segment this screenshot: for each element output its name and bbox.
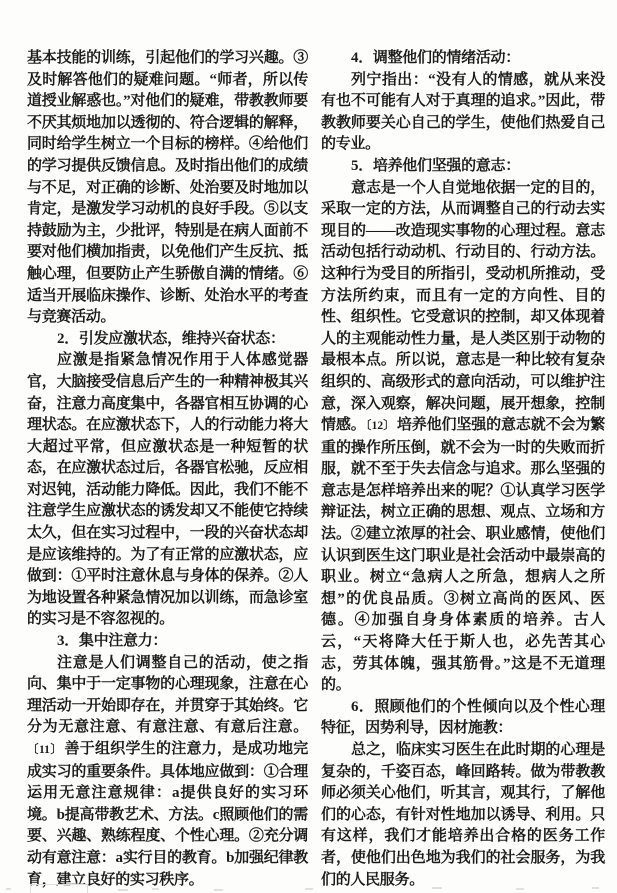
body-paragraph: 意志是一个人自觉地依据一定的目的，采取一定的方法，从而调整自己的行动去实现目的—… bbox=[321, 178, 605, 697]
reference-marker-11: 〔11〕 bbox=[27, 744, 65, 756]
left-column: 基本技能的训练，引起他们的学习兴趣。③及时解答他们的疑难问题。“师者，所以传道授… bbox=[27, 48, 308, 891]
section-heading-3: 3．集中注意力： bbox=[27, 631, 308, 653]
right-column: 4．调整他们的情绪活动： 列宁指出：“没有人的情感，就从来没有也不可能有人对于真… bbox=[321, 48, 605, 891]
scan-artifact bbox=[305, 888, 313, 890]
scan-artifact bbox=[516, 888, 524, 890]
section-heading-5: 5．培养他们坚强的意志： bbox=[321, 156, 605, 178]
scan-artifact bbox=[214, 889, 223, 891]
body-paragraph: 总之，临床实习医生在此时期的心理是复杂的，千姿百态，峰回路转。做为带教教师必须关… bbox=[321, 740, 605, 891]
body-paragraph: 应激是指紧急情况作用于人体感觉器官，大脑接受信息后产生的一种精神极其兴奋，注意力… bbox=[27, 350, 308, 631]
scan-artifact bbox=[152, 888, 159, 890]
scan-artifact bbox=[432, 887, 442, 889]
scan-artifact bbox=[30, 884, 88, 893]
paragraph-segment: 意志是一个人自觉地依据一定的目的，采取一定的方法，从而调整自己的行动去实现目的—… bbox=[321, 180, 605, 434]
section-heading-6: 6．照顾他们的个性倾向以及个性心理特征，因势利导，因材施教： bbox=[321, 697, 605, 740]
paragraph-segment: 善于组织学生的注意力，是成功地完成实习的重要条件。具体地应做到：①合理运用无意注… bbox=[27, 741, 308, 888]
section-heading-4: 4．调整他们的情绪活动： bbox=[321, 48, 605, 70]
paragraph-segment: 培养他们坚强的意志就不会为繁重的操作所压倒，就不会为一时的失败而折服，就不至于失… bbox=[321, 417, 605, 693]
paragraph-segment: 注意是人们调整自己的活动，使之指向、集中于一定事物的心理现象，注意在心理活动一开… bbox=[27, 655, 308, 736]
body-paragraph: 注意是人们调整自己的活动，使之指向、集中于一定事物的心理现象，注意在心理活动一开… bbox=[27, 653, 308, 892]
body-paragraph: 列宁指出：“没有人的情感，就从来没有也不可能有人对于真理的追求。”因此，带教教师… bbox=[321, 70, 605, 156]
body-paragraph-continuation: 基本技能的训练，引起他们的学习兴趣。③及时解答他们的疑难问题。“师者，所以传道授… bbox=[27, 48, 308, 329]
section-heading-2: 2．引发应激状态，维持兴奋状态： bbox=[27, 329, 308, 351]
scan-artifact bbox=[6, 888, 11, 890]
scan-artifact bbox=[118, 889, 128, 891]
scanned-document-page: 基本技能的训练，引起他们的学习兴趣。③及时解答他们的疑难问题。“师者，所以传道授… bbox=[0, 0, 617, 893]
scan-artifact bbox=[592, 887, 599, 889]
reference-marker-12: 〔12〕 bbox=[366, 420, 397, 432]
